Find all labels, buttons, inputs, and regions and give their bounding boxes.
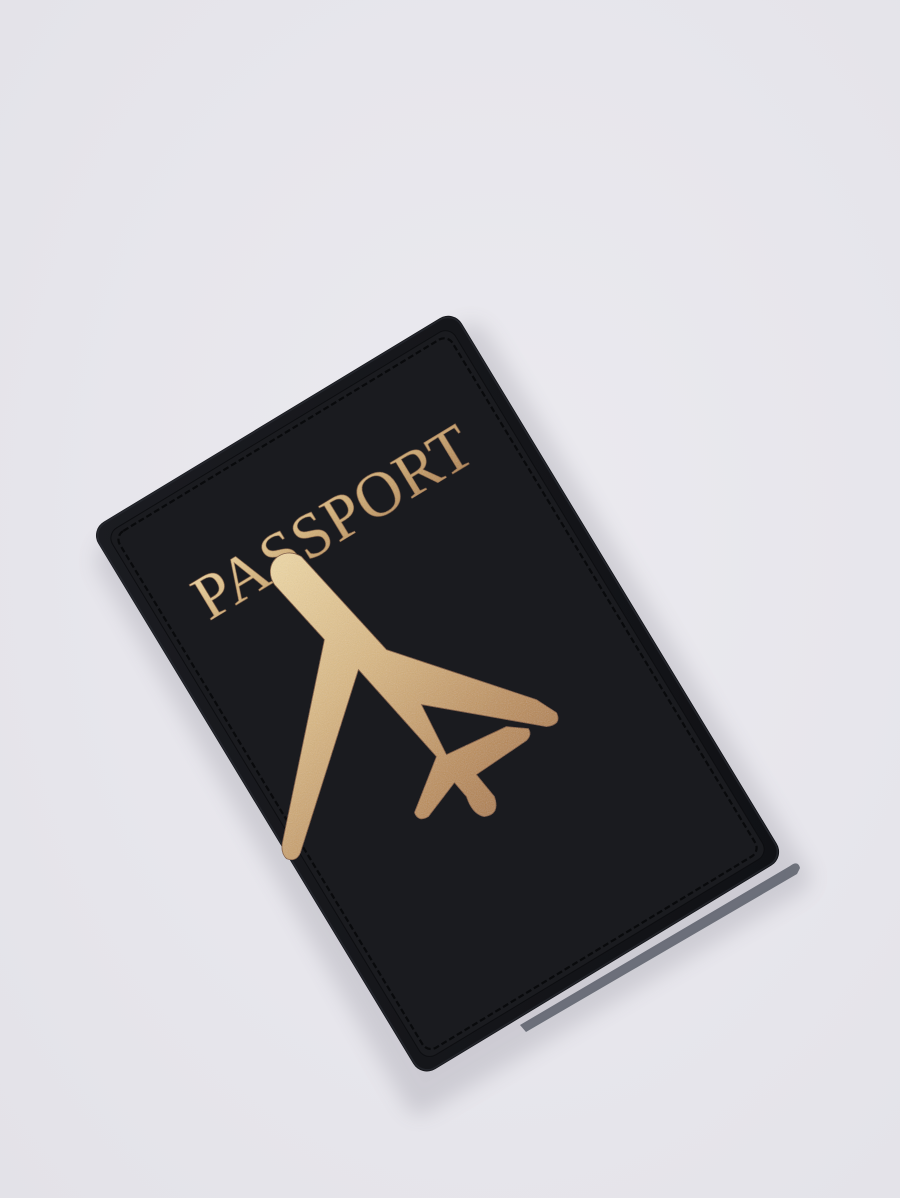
product-photo: PASSPORT [0, 0, 900, 1198]
